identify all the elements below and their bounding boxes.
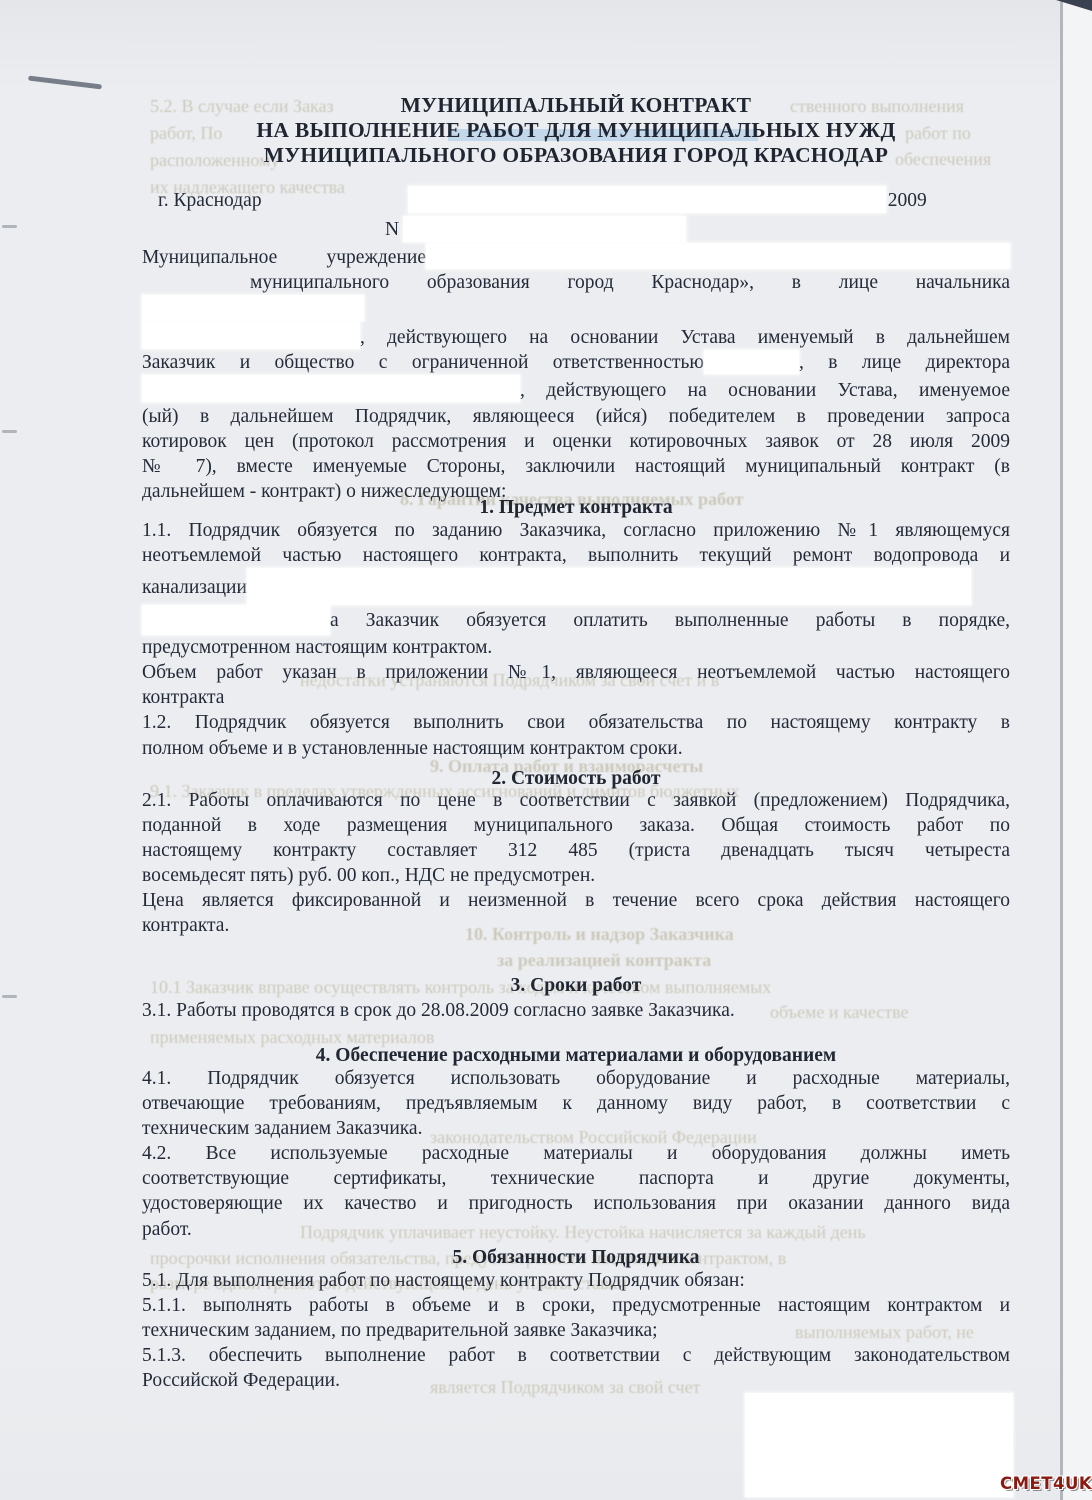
- text-segment: 3.1. Работы проводятся в срок до 28.08.2…: [142, 1000, 735, 1021]
- title-line-2: НА ВЫПОЛНЕНИЕ РАБОТ ДЛЯ МУНИЦИПАЛЬНЫХ НУ…: [142, 118, 1010, 143]
- scanned-contract-page: 5.2. В случае если Заказработ, Порасполо…: [0, 0, 1092, 1500]
- redaction-box: [745, 1393, 1013, 1497]
- text-segment: Цена является фиксированной и неизменной…: [142, 890, 1010, 911]
- section-heading: 4. Обеспечение расходными материалами и …: [142, 1043, 1010, 1068]
- title-line-1: МУНИЦИПАЛЬНЫЙ КОНТРАКТ: [142, 93, 1010, 118]
- paragraph: 1.1. Подрядчик обязуется по заданию Зака…: [142, 518, 1010, 761]
- redaction-box: [403, 216, 686, 242]
- title-line-3: МУНИЦИПАЛЬНОГО ОБРАЗОВАНИЯ ГОРОД КРАСНОД…: [142, 143, 1010, 168]
- paragraph: Муниципальное учреждениемуниципального о…: [142, 243, 1010, 504]
- text-line: техническим заданием Заказчика.: [142, 1116, 1010, 1141]
- text-segment: техническим заданием Заказчика.: [142, 1118, 422, 1139]
- text-segment: № 7), вместе именуемые Стороны, заключил…: [142, 456, 1010, 477]
- text-segment: Заказчик и общество с ограниченной ответ…: [142, 352, 704, 373]
- text-segment: 2.1. Работы оплачиваются по цене в соотв…: [142, 790, 1010, 811]
- text-segment: Объем работ указан в приложении №1, явля…: [142, 662, 1010, 683]
- text-segment: муниципального образования город Краснод…: [250, 272, 1010, 293]
- redaction-box: [704, 350, 799, 374]
- text-segment: а Заказчик обязуется оплатить выполненны…: [330, 610, 1010, 631]
- text-segment: 5.1.3. обеспечить выполнение работ в соо…: [142, 1345, 1010, 1366]
- scan-corner-shadow: [1056, 0, 1092, 11]
- redaction-box: [408, 186, 886, 213]
- paragraph: 3.1. Работы проводятся в срок до 28.08.2…: [142, 998, 1010, 1023]
- text-line: 4.1. Подрядчик обязуется использовать об…: [142, 1066, 1010, 1091]
- text-segment: канализации: [142, 577, 247, 598]
- paragraph: 4.1. Подрядчик обязуется использовать об…: [142, 1066, 1010, 1242]
- text-segment: 5.1.1. выполнять работы в объеме и в сро…: [142, 1295, 1010, 1316]
- text-segment: 1.1. Подрядчик обязуется по заданию Зака…: [142, 520, 1010, 541]
- text-line: Муниципальное учреждение: [142, 243, 1010, 270]
- edge-tick-mark: [2, 995, 17, 998]
- redaction-box: [142, 375, 520, 402]
- text-line: Объем работ указан в приложении №1, явля…: [142, 660, 1010, 685]
- dateline: г. Краснодар , 2009: [142, 190, 1010, 217]
- redaction-box: [247, 568, 971, 605]
- text-segment: Российской Федерации.: [142, 1370, 340, 1391]
- text-segment: поданной в ходе размещения муниципальног…: [142, 815, 1010, 836]
- section-heading: 1. Предмет контракта: [142, 495, 1010, 520]
- text-line: 5.1.1. выполнять работы в объеме и в сро…: [142, 1293, 1010, 1318]
- text-line: Цена является фиксированной и неизменной…: [142, 888, 1010, 913]
- text-segment: неотъемлемой частью настоящего контракта…: [142, 545, 1010, 566]
- contract-number-label: N: [385, 219, 399, 241]
- text-line: , действующего на основании Устава, имен…: [142, 375, 1010, 403]
- text-line: отвечающие требованиям, предъявляемым к …: [142, 1091, 1010, 1116]
- text-segment: , действующего на основании Устава имену…: [360, 327, 1010, 348]
- city-label: г. Краснодар: [158, 190, 262, 212]
- paragraph: 5.1. Для выполнения работ по настоящему …: [142, 1268, 1010, 1393]
- text-segment: контракта.: [142, 915, 229, 936]
- text-segment: (ый) в дальнейшем Подрядчик, являющееся …: [142, 406, 1010, 427]
- text-line: работ.: [142, 1217, 1010, 1242]
- bleedthrough-text: за реализацией контракта: [497, 950, 777, 971]
- text-line: восемьдесят пять) руб. 00 коп., НДС не п…: [142, 863, 1010, 888]
- text-segment: полном объеме и в установленные настоящи…: [142, 738, 683, 759]
- pen-mark: [28, 76, 102, 90]
- text-line: контракта: [142, 685, 1010, 710]
- number-line: N: [142, 219, 1010, 246]
- text-line: № 7), вместе именуемые Стороны, заключил…: [142, 454, 1010, 479]
- text-segment: предусмотренном настоящим контрактом.: [142, 637, 492, 658]
- text-line: 1.1. Подрядчик обязуется по заданию Зака…: [142, 518, 1010, 543]
- text-line: 5.1.3. обеспечить выполнение работ в соо…: [142, 1343, 1010, 1368]
- text-line: поданной в ходе размещения муниципальног…: [142, 813, 1010, 838]
- text-line: муниципального образования город Краснод…: [142, 270, 1010, 322]
- edge-tick-mark: [2, 225, 17, 228]
- text-segment: соответствующие сертификаты, технические…: [142, 1168, 1010, 1189]
- section-heading: 5. Обязанности Подрядчика: [142, 1245, 1010, 1270]
- text-segment: 5.1. Для выполнения работ по настоящему …: [142, 1270, 745, 1291]
- text-line: контракта.: [142, 913, 1010, 938]
- text-segment: техническим заданием, по предварительной…: [142, 1320, 658, 1341]
- text-segment: 4.2. Все используемые расходные материал…: [142, 1143, 1010, 1164]
- text-line: 1.2. Подрядчик обязуется выполнить свои …: [142, 710, 1010, 735]
- text-line: , действующего на основании Устава имену…: [142, 322, 1010, 350]
- text-line: предусмотренном настоящим контрактом.: [142, 635, 1010, 660]
- text-segment: 4.1. Подрядчик обязуется использовать об…: [142, 1068, 1010, 1089]
- text-line: Российской Федерации.: [142, 1368, 1010, 1393]
- redaction-box: [142, 605, 330, 635]
- text-line: неотъемлемой частью настоящего контракта…: [142, 543, 1010, 568]
- text-line: (ый) в дальнейшем Подрядчик, являющееся …: [142, 404, 1010, 429]
- text-segment: отвечающие требованиям, предъявляемым к …: [142, 1093, 1010, 1114]
- text-line: 4.2. Все используемые расходные материал…: [142, 1141, 1010, 1166]
- text-line: 2.1. Работы оплачиваются по цене в соотв…: [142, 788, 1010, 813]
- redaction-box: [426, 243, 1010, 269]
- text-segment: контракта: [142, 687, 224, 708]
- text-segment: восемьдесят пять) руб. 00 коп., НДС не п…: [142, 865, 595, 886]
- text-line: удостоверяющие их качество и пригодность…: [142, 1191, 1010, 1216]
- scan-background-strip: [1063, 0, 1092, 1500]
- text-line: котировок цен (протокол рассмотрения и о…: [142, 429, 1010, 454]
- text-line: полном объеме и в установленные настоящи…: [142, 736, 1010, 761]
- redaction-box: [142, 322, 360, 349]
- redaction-box: [142, 295, 364, 321]
- text-line: 3.1. Работы проводятся в срок до 28.08.2…: [142, 998, 1010, 1023]
- text-segment: Муниципальное учреждение: [142, 247, 426, 268]
- edge-tick-mark: [2, 430, 17, 433]
- text-line: настоящему контракту составляет 312 485 …: [142, 838, 1010, 863]
- text-segment: настоящему контракту составляет 312 485 …: [142, 840, 1010, 861]
- text-segment: котировок цен (протокол рассмотрения и о…: [142, 431, 1010, 452]
- text-line: Заказчик и общество с ограниченной ответ…: [142, 350, 1010, 375]
- paragraph: 2.1. Работы оплачиваются по цене в соотв…: [142, 788, 1010, 939]
- text-line: а Заказчик обязуется оплатить выполненны…: [142, 605, 1010, 635]
- contract-title: МУНИЦИПАЛЬНЫЙ КОНТРАКТ НА ВЫПОЛНЕНИЕ РАБ…: [142, 93, 1010, 168]
- text-segment: удостоверяющие их качество и пригодность…: [142, 1193, 1010, 1214]
- text-line: канализации: [142, 568, 1010, 605]
- section-heading: 3. Сроки работ: [142, 973, 1010, 998]
- text-line: 5.1. Для выполнения работ по настоящему …: [142, 1268, 1010, 1293]
- text-line: соответствующие сертификаты, технические…: [142, 1166, 1010, 1191]
- text-segment: , в лице директора: [799, 352, 1010, 373]
- text-segment: работ.: [142, 1219, 192, 1240]
- text-line: техническим заданием, по предварительной…: [142, 1318, 1010, 1343]
- text-segment: , действующего на основании Устава, имен…: [520, 380, 1010, 401]
- text-segment: 1.2. Подрядчик обязуется выполнить свои …: [142, 712, 1010, 733]
- watermark: CMET4UK.RU: [1000, 1474, 1092, 1493]
